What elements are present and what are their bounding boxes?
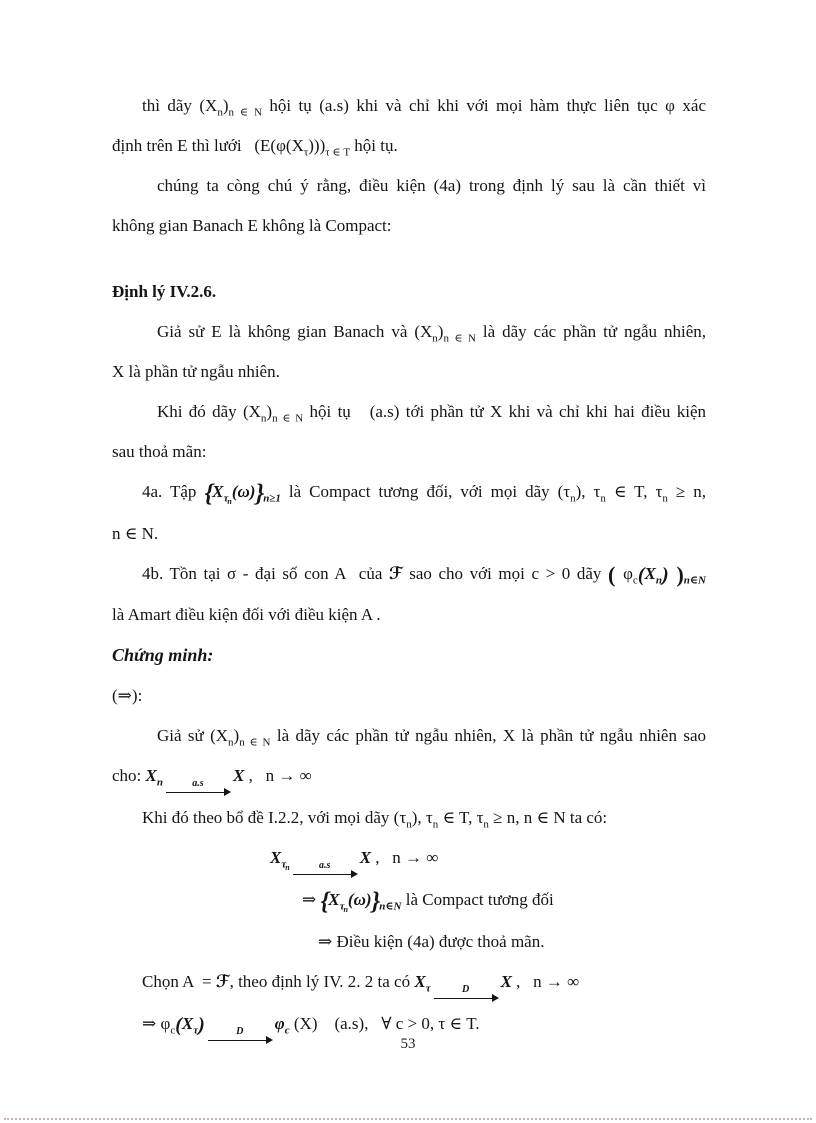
arrow-label: D bbox=[462, 985, 469, 995]
text-run: X bbox=[501, 972, 512, 991]
text-run: ℱ bbox=[216, 972, 230, 992]
text-run: hội tụ (a.s) tới phần tử X khi và chỉ kh… bbox=[303, 402, 706, 421]
text-run: là Compact tương đối, với mọi dãy (τ bbox=[281, 482, 570, 501]
math-subscript: n≥1 bbox=[263, 492, 281, 504]
text-run: ≥ n, n ∈ N ta có: bbox=[489, 808, 607, 827]
math-subscript: n ∈ N bbox=[272, 412, 303, 424]
formula-compact: ⇒ {Xτn(ω)}n∈N là Compact tương đối bbox=[112, 880, 706, 922]
text-run: n ∈ N. bbox=[112, 524, 158, 543]
math-subscript: n bbox=[227, 497, 231, 506]
text-run: (⇒): bbox=[112, 686, 142, 705]
page-bottom-dotted-divider bbox=[4, 1118, 812, 1120]
text-run: (ω) bbox=[232, 482, 256, 501]
text-run: sao cho với mọi c > 0 dãy bbox=[403, 564, 608, 583]
text-run: X bbox=[146, 766, 157, 785]
text-run: định trên E thì lưới (E(φ(X bbox=[112, 136, 304, 155]
text-run: ℱ bbox=[389, 564, 403, 584]
proof-line-2-formula: cho: Xna.sX , n → ∞ bbox=[112, 756, 706, 798]
math-subscript: τ bbox=[426, 982, 431, 994]
text-run: Chọn A = bbox=[142, 972, 216, 991]
text-run: ( bbox=[175, 1014, 182, 1036]
text-run: là dãy các phần tử ngẫu nhiên, bbox=[476, 322, 706, 341]
proof-title: Chứng minh: bbox=[112, 635, 706, 676]
condition-4a-line-1: 4a. Tập {Xτn(ω)}n≥1 là Compact tương đối… bbox=[112, 472, 706, 514]
text-run: , n → ∞ bbox=[512, 972, 579, 991]
text-run: X là phần tử ngẫu nhiên. bbox=[112, 362, 280, 381]
text-run: ∈ T, τ bbox=[438, 808, 483, 827]
arrow-label: a.s bbox=[319, 861, 330, 871]
text-run: ) bbox=[662, 564, 669, 586]
text-run: Khi đó dãy (X bbox=[157, 402, 261, 421]
text-run: là Compact tương đối bbox=[401, 890, 553, 909]
text-run: (X) (a.s), ∀ c > 0, τ ∈ T. bbox=[290, 1014, 480, 1033]
text-run: cho: bbox=[112, 766, 146, 785]
text-run: φ bbox=[623, 564, 633, 583]
arrow-line bbox=[434, 995, 498, 1004]
text-run: X bbox=[360, 848, 371, 867]
proof-line-1: Giả sử (Xn)n ∈ N là dãy các phần tử ngẫu… bbox=[112, 716, 706, 756]
arrow-line bbox=[166, 789, 230, 798]
text-run: Giả sử E là không gian Banach và (X bbox=[157, 322, 432, 341]
formula-convergence: Xτna.sX , n → ∞ bbox=[112, 838, 706, 880]
text-run: X bbox=[233, 766, 244, 785]
text-run: ), τ bbox=[576, 482, 601, 501]
note-line-2: không gian Banach E không là Compact: bbox=[112, 206, 706, 246]
text-run: Khi đó theo bổ đề I.2.2, với mọi dãy (τ bbox=[142, 808, 406, 827]
math-subscript: n bbox=[343, 905, 347, 914]
over-arrow-math: a.s bbox=[293, 861, 357, 880]
text-run: ⇒ φ bbox=[142, 1014, 170, 1033]
text-run: 4a. Tập bbox=[142, 482, 204, 501]
text-run: ) bbox=[198, 1014, 205, 1036]
theorem-line-4: sau thoả mãn: bbox=[112, 432, 706, 472]
text-run: , n → ∞ bbox=[371, 848, 438, 867]
intro-line-1: thì dãy (Xn)n ∈ N hội tụ (a.s) khi và ch… bbox=[112, 86, 706, 126]
math-subscript: τ ∈ T bbox=[325, 146, 350, 158]
text-run: Định lý IV.2.6. bbox=[112, 282, 216, 301]
condition-4b-line-1: 4b. Tồn tại σ - đại số con A của ℱ sao c… bbox=[112, 554, 706, 595]
note-line-1: chúng ta còng chú ý rằng, điều kiện (4a)… bbox=[112, 166, 706, 206]
text-run: (ω) bbox=[348, 890, 372, 909]
text-run: ≥ n, bbox=[668, 482, 706, 501]
over-arrow-math: D bbox=[434, 985, 498, 1004]
intro-line-2: định trên E thì lưới (E(φ(Xτ)))τ ∈ T hội… bbox=[112, 126, 706, 166]
text-run: { bbox=[204, 480, 212, 507]
math-subscript: n ∈ N bbox=[443, 332, 475, 344]
proof-line-3: Khi đó theo bổ đề I.2.2, với mọi dãy (τn… bbox=[112, 798, 706, 838]
text-run: ⇒ bbox=[302, 890, 321, 909]
text-run: Chứng minh: bbox=[112, 645, 213, 665]
text-run: ), τ bbox=[412, 808, 433, 827]
math-subscript: n bbox=[157, 776, 163, 788]
page-number: 53 bbox=[0, 1036, 816, 1053]
text-run: là dãy các phần tử ngẫu nhiên, X là phần… bbox=[271, 726, 706, 745]
math-subscript: n ∈ N bbox=[228, 106, 261, 118]
text-run: là Amart điều kiện đối với điều kiện A . bbox=[112, 605, 381, 624]
math-subscript: n bbox=[285, 863, 289, 872]
text-run: hội tụ. bbox=[350, 136, 398, 155]
text-run: X bbox=[414, 972, 425, 991]
text-run: , theo định lý IV. 2. 2 ta có bbox=[230, 972, 415, 991]
text-run: Giả sử (X bbox=[157, 726, 228, 745]
text-run: X bbox=[644, 564, 655, 583]
text-run: ))) bbox=[308, 136, 325, 155]
text-run: X bbox=[328, 890, 339, 909]
text-run: ⇒ Điều kiện (4a) được thoả mãn. bbox=[318, 932, 544, 951]
text-run: sau thoả mãn: bbox=[112, 442, 206, 461]
condition-4b-line-2: là Amart điều kiện đối với điều kiện A . bbox=[112, 595, 706, 635]
math-subscript: n∈N bbox=[379, 900, 401, 912]
document-page: thì dãy (Xn)n ∈ N hội tụ (a.s) khi và ch… bbox=[0, 0, 816, 1123]
text-run: ) bbox=[669, 562, 684, 587]
text-run: X bbox=[182, 1014, 193, 1033]
text-run: φ bbox=[275, 1014, 285, 1033]
text-run: thì dãy (X bbox=[142, 96, 217, 115]
theorem-line-3: Khi đó dãy (Xn)n ∈ N hội tụ (a.s) tới ph… bbox=[112, 392, 706, 432]
math-subscript: n ∈ N bbox=[239, 736, 270, 748]
text-block: thì dãy (Xn)n ∈ N hội tụ (a.s) khi và ch… bbox=[112, 86, 706, 1046]
text-run: ( bbox=[608, 562, 623, 587]
math-subscript: n∈N bbox=[684, 574, 706, 586]
arrow-line bbox=[293, 871, 357, 880]
theorem-line-1: Giả sử E là không gian Banach và (Xn)n ∈… bbox=[112, 312, 706, 352]
text-run: , n → ∞ bbox=[244, 766, 311, 785]
text-run: chúng ta còng chú ý rằng, điều kiện (4a)… bbox=[157, 176, 706, 195]
text-run: hội tụ (a.s) khi và chỉ khi với mọi hàm … bbox=[262, 96, 706, 115]
theorem-title: Định lý IV.2.6. bbox=[112, 272, 706, 312]
proof-line-4-formula: Chọn A = ℱ, theo định lý IV. 2. 2 ta có … bbox=[112, 962, 706, 1004]
arrow-label: a.s bbox=[192, 779, 203, 789]
text-run: 4b. Tồn tại σ - đại số con A của bbox=[142, 564, 389, 583]
over-arrow-math: a.s bbox=[166, 779, 230, 798]
condition-4a-line-2: n ∈ N. bbox=[112, 514, 706, 554]
text-run: không gian Banach E không là Compact: bbox=[112, 216, 392, 235]
proof-direction: (⇒): bbox=[112, 676, 706, 716]
text-run: X bbox=[270, 848, 281, 867]
text-run: X bbox=[212, 482, 223, 501]
text-run: ∈ T, τ bbox=[606, 482, 663, 501]
theorem-line-2: X là phần tử ngẫu nhiên. bbox=[112, 352, 706, 392]
formula-condition-4a: ⇒ Điều kiện (4a) được thoả mãn. bbox=[112, 922, 706, 962]
